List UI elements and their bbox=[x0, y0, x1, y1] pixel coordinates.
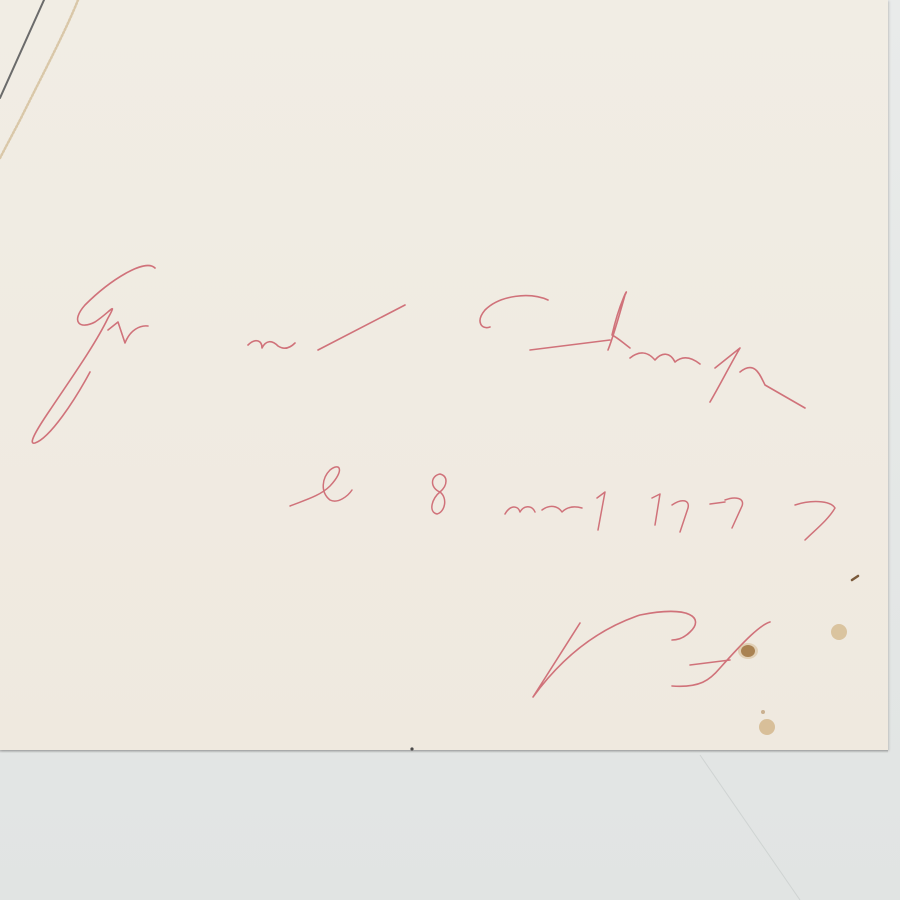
paper-markings bbox=[0, 0, 900, 900]
inscription-line-1 bbox=[32, 266, 805, 444]
inscription-line-2 bbox=[290, 467, 835, 540]
dotted-line bbox=[0, 0, 78, 158]
photo-scene: Grand Champ le 8 avril 1977 Vf bbox=[0, 0, 900, 900]
stains bbox=[410, 576, 858, 751]
signature bbox=[533, 611, 770, 697]
background-crease bbox=[700, 755, 800, 900]
